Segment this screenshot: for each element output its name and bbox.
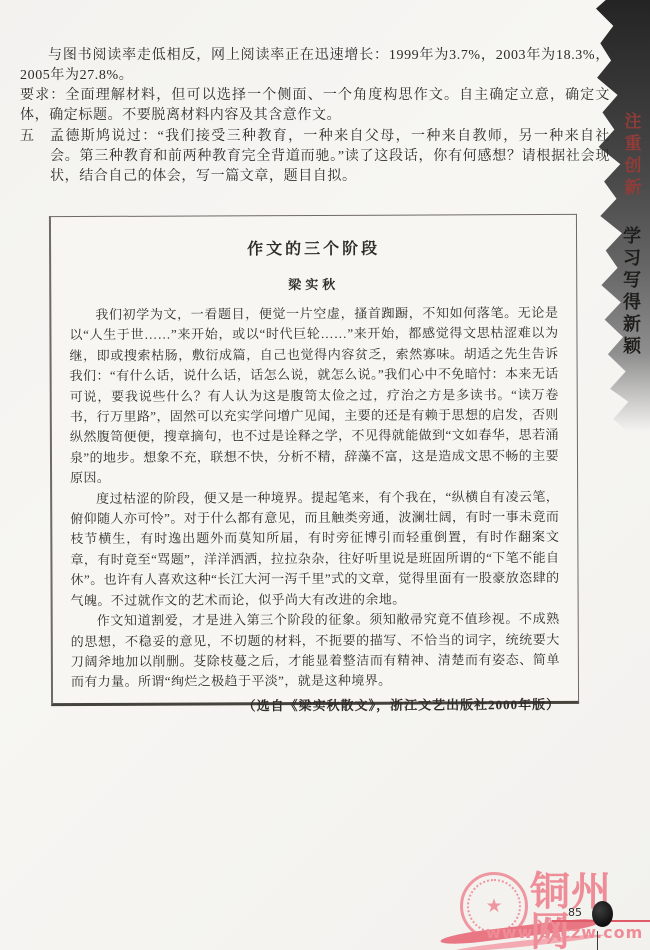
seal-star-icon: ★ [485,895,502,917]
exercise-item-five: 五 孟德斯鸠说过：“我们接受三种教育，一种来自父母，一种来自教师，另一种来自社会… [20,127,610,187]
margin-tab-unit-label: 注重创新 [623,112,640,200]
page-edge-dot-icon [592,901,613,927]
article-body: 我们初学为文，一看题目，便觉一片空虚，搔首踟蹰，不知如何落笔。无论是以“人生于世… [69,303,560,693]
article-attribution: （选自《梁实秋散文》，浙江文艺出版社2000年版） [71,694,560,715]
margin-tab-unit-title: 学习写得新颖 [622,226,640,358]
article-author: 梁实秋 [69,273,558,294]
article-paragraph-2: 度过枯涩的阶段，便又是一种境界。提起笔来，有个我在，“纵横自有凌云笔，俯仰随人亦… [70,487,560,612]
page-number: 85 [568,906,582,919]
article-title: 作文的三个阶段 [69,235,558,260]
article-paragraph-3: 作文知道割爱，才是进入第三个阶段的征象。须知敝帚究竟不值珍视。不成熟的思想，不稳… [71,609,560,693]
watermark-site-url: www.btczw.com [486,923,643,942]
site-watermark: ★ 铜州网 www.btczw.com [452,862,650,950]
requirements-text: 要求：全面理解材料，但可以选择一个侧面、一个角度构思作文。自主确定立意，确定文体… [20,86,610,126]
top-text-block: 与图书阅读率走低相反，网上阅读率正在迅速增长：1999年为3.7%，2003年为… [20,46,610,187]
page-tick-mark [597,931,598,950]
reading-rate-note: 与图书阅读率走低相反，网上阅读率正在迅速增长：1999年为3.7%，2003年为… [20,46,610,86]
article-box: 作文的三个阶段 梁实秋 我们初学为文，一看题目，便觉一片空虚，搔首踟蹰，不知如何… [49,214,579,706]
article-paragraph-1: 我们初学为文，一看题目，便觉一片空虚，搔首踟蹰，不知如何落笔。无论是以“人生于世… [69,303,559,489]
textbook-page: 注重创新 学习写得新颖 与图书阅读率走低相反，网上阅读率正在迅速增长：1999年… [0,0,650,950]
item-number: 五 [20,127,50,187]
margin-tab: 注重创新 学习写得新颖 [622,112,640,358]
item-text: 孟德斯鸠说过：“我们接受三种教育，一种来自父母，一种来自教师，另一种来自社会。第… [50,127,610,187]
